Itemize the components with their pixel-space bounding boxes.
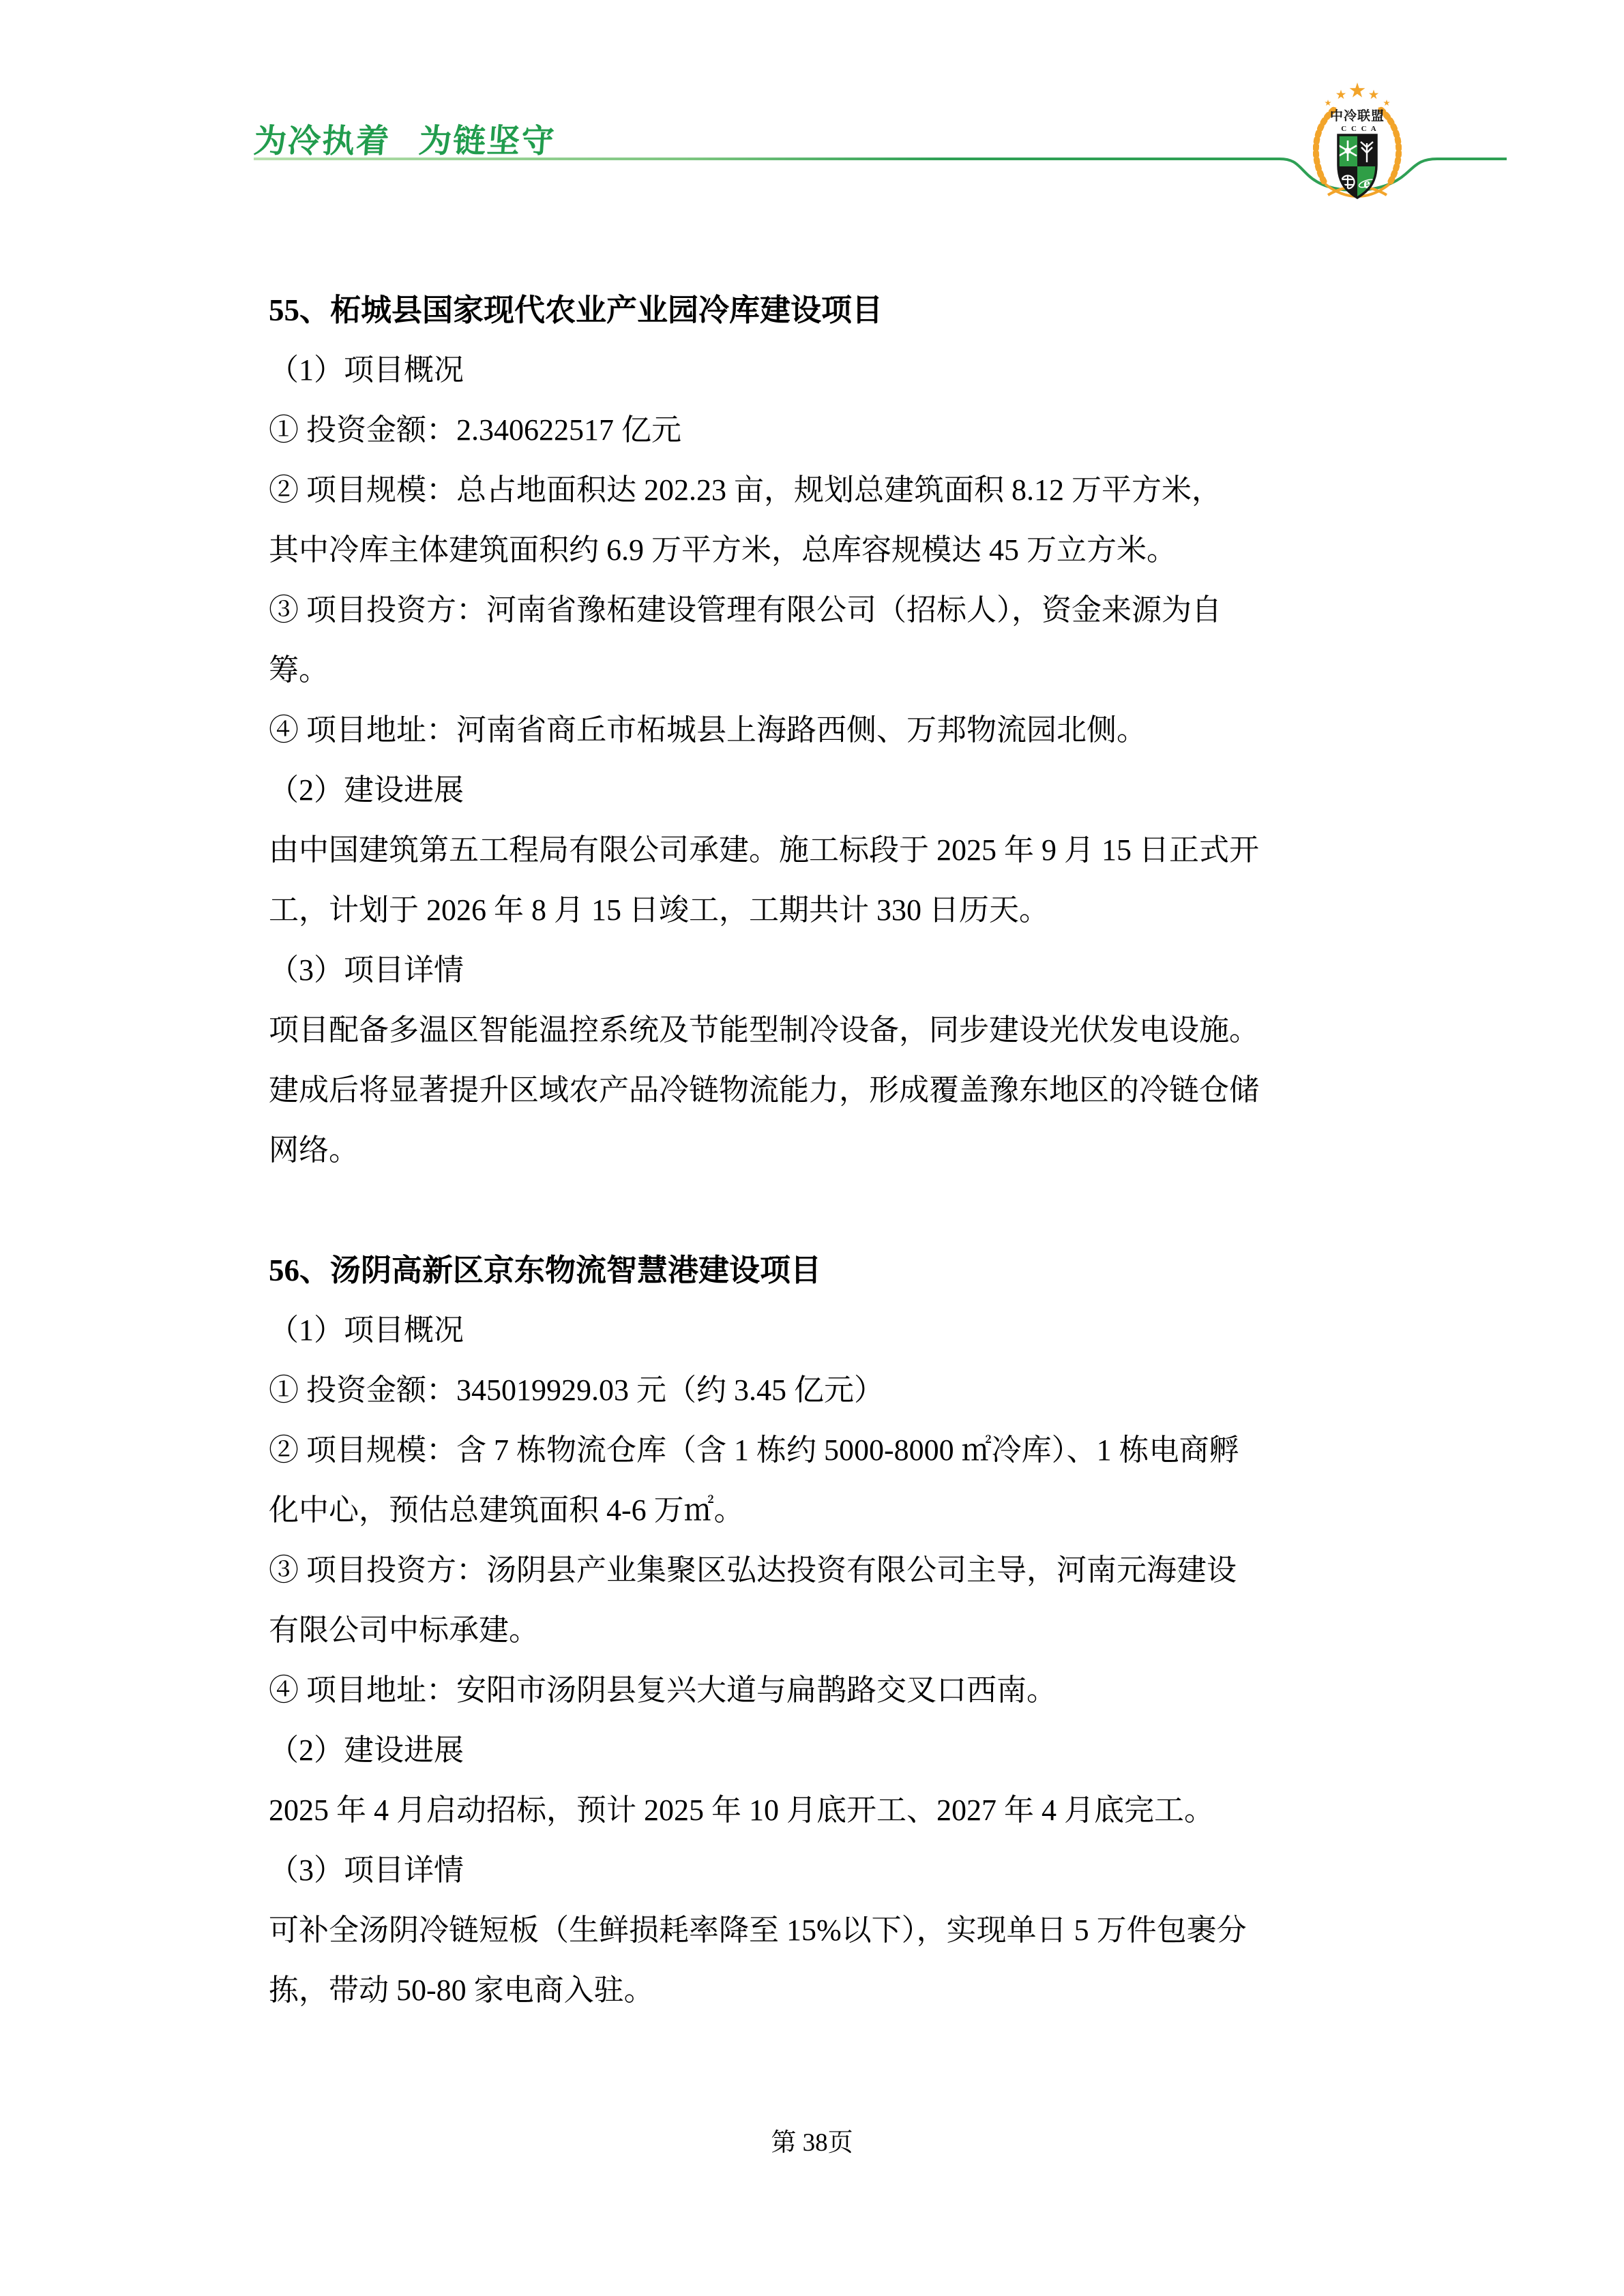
body-line: 由中国建筑第五工程局有限公司承建。施工标段于 2025 年 9 月 15 日正式…	[269, 820, 1360, 880]
body-line: ① 投资金额：2.340622517 亿元	[269, 400, 1360, 460]
body-line: （2）建设进展	[269, 760, 1360, 820]
body-line: 拣，带动 50-80 家电商入驻。	[269, 1960, 1360, 2021]
body-line: 网络。	[269, 1120, 1360, 1180]
body-line: 项目配备多温区智能温控系统及节能型制冷设备，同步建设光伏发电设施。	[269, 1000, 1360, 1060]
body-line: 建成后将显著提升区域农产品冷链物流能力，形成覆盖豫东地区的冷链仓储	[269, 1060, 1360, 1120]
body-line: （3）项目详情	[269, 1840, 1360, 1900]
page-number: 第 38页	[0, 2126, 1624, 2160]
body-line: （3）项目详情	[269, 940, 1360, 1000]
body-line: ③ 项目投资方：河南省豫柘建设管理有限公司（招标人），资金来源为自	[269, 580, 1360, 640]
logo-org-name: 中冷联盟	[1330, 108, 1385, 123]
body-line: （1）项目概况	[269, 340, 1360, 400]
body-line: ③ 项目投资方：汤阴县产业集聚区弘达投资有限公司主导，河南元海建设	[269, 1540, 1360, 1600]
body-line: 其中冷库主体建筑面积约 6.9 万平方米，总库容规模达 45 万立方米。	[269, 520, 1360, 580]
body-line: ④ 项目地址：安阳市汤阴县复兴大道与扁鹊路交叉口西南。	[269, 1660, 1360, 1720]
body-line: 2025 年 4 月启动招标，预计 2025 年 10 月底开工、2027 年 …	[269, 1780, 1360, 1840]
body-line: （2）建设进展	[269, 1720, 1360, 1780]
body-line: ② 项目规模：含 7 栋物流仓库（含 1 栋约 5000-8000 ㎡冷库）、1…	[269, 1420, 1360, 1480]
section-56-title: 56、汤阴高新区京东物流智慧港建设项目	[269, 1240, 1360, 1300]
section-55-title: 55、柘城县国家现代农业产业园冷库建设项目	[269, 280, 1360, 340]
body-line: 工，计划于 2026 年 8 月 15 日竣工，工期共计 330 日历天。	[269, 880, 1360, 940]
body-line: 筹。	[269, 640, 1360, 700]
body-line: 可补全汤阴冷链短板（生鲜损耗率降至 15%以下），实现单日 5 万件包裹分	[269, 1900, 1360, 1960]
body-line: 化中心，预估总建筑面积 4-6 万㎡。	[269, 1480, 1360, 1540]
logo-org-abbr: C C C A	[1341, 125, 1377, 133]
star-icon	[1325, 83, 1390, 106]
document-page: 为冷执着为链坚守	[0, 0, 1624, 2296]
section-56: 56、汤阴高新区京东物流智慧港建设项目 （1）项目概况 ① 投资金额：34501…	[269, 1240, 1360, 2021]
body-line: 有限公司中标承建。	[269, 1600, 1360, 1660]
body-line: ④ 项目地址：河南省商丘市柘城县上海路西侧、万邦物流园北侧。	[269, 700, 1360, 760]
body-line: ① 投资金额：345019929.03 元（约 3.45 亿元）	[269, 1360, 1360, 1420]
org-logo: 中冷联盟 C C C A	[1313, 82, 1402, 208]
body-line: ② 项目规模：总占地面积达 202.23 亩，规划总建筑面积 8.12 万平方米…	[269, 460, 1360, 520]
body-line: （1）项目概况	[269, 1300, 1360, 1360]
section-55: 55、柘城县国家现代农业产业园冷库建设项目 （1）项目概况 ① 投资金额：2.3…	[269, 280, 1360, 1180]
document-body: 55、柘城县国家现代农业产业园冷库建设项目 （1）项目概况 ① 投资金额：2.3…	[269, 280, 1360, 2021]
